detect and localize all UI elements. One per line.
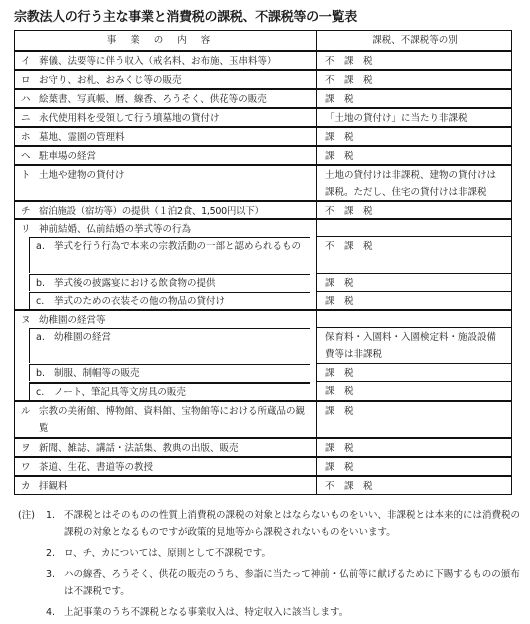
row-classification: 課 税 bbox=[317, 402, 511, 437]
row-classification: 課 税 bbox=[317, 439, 511, 456]
subrow-content: 挙式後の披露宴における飲食物の提供 bbox=[54, 275, 310, 291]
note-text: ハの線香、ろうそく、供花の販売のうち、参詣に当たって神前・仏前等に献げるために下… bbox=[64, 566, 528, 600]
notes-section: (注) 1. 不課税とはそのものの性質上消費税の課税の対象とはならないものをいい… bbox=[18, 507, 528, 621]
notes-label: (注) bbox=[18, 507, 46, 541]
row-mark: ヘ bbox=[21, 148, 39, 164]
row-classification: 課 税 bbox=[317, 458, 511, 475]
note-text: ロ、チ、カについては、原則として不課税です。 bbox=[64, 545, 528, 562]
table-row: ヲ新聞、雑誌、講話・法話集、教典の出版、販売 課 税 bbox=[15, 437, 511, 456]
row-mark: ハ bbox=[21, 91, 39, 107]
note-item: 3. ハの線香、ろうそく、供花の販売のうち、参詣に当たって神前・仏前等に献げるた… bbox=[18, 566, 528, 600]
row-classification: 土地の貸付けは非課税、建物の貸付けは課税。ただし、住宅の貸付けは非課税 bbox=[317, 166, 511, 200]
table-row: カ拝観料 不 課 税 bbox=[15, 475, 511, 494]
row-mark: ル bbox=[21, 403, 39, 437]
row-classification: 課 税 bbox=[317, 90, 511, 107]
subrow-classification: 課 税 bbox=[317, 273, 511, 291]
table-row-group-header: ヌ幼稚園の経営等 bbox=[15, 309, 511, 327]
row-mark: ヲ bbox=[21, 440, 39, 456]
subrow-mark: b. bbox=[36, 275, 54, 291]
row-content: 永代使用料を受領して行う墳墓地の貸付け bbox=[39, 110, 310, 126]
note-item: (注) 1. 不課税とはそのものの性質上消費税の課税の対象とはならないものをいい… bbox=[18, 507, 528, 541]
row-content: 駐車場の経営 bbox=[39, 148, 310, 164]
row-classification: 不 課 税 bbox=[317, 477, 511, 494]
row-classification: 不 課 税 bbox=[317, 52, 511, 69]
note-item: 4. 上記事業のうち不課税となる事業収入は、特定収入に該当します。 bbox=[18, 604, 528, 621]
row-mark: チ bbox=[21, 203, 39, 218]
table-row: ト土地や建物の貸付け 土地の貸付けは非課税、建物の貸付けは課税。ただし、住宅の貸… bbox=[15, 164, 511, 200]
table-row: ル宗教の美術館、博物館、資料館、宝物館等における所蔵品の観覧 課 税 bbox=[15, 400, 511, 437]
row-classification: 課 税 bbox=[317, 128, 511, 145]
subrow-mark: a. bbox=[36, 238, 54, 273]
subrow-content: 制服、制帽等の販売 bbox=[54, 365, 310, 381]
row-classification bbox=[317, 220, 511, 236]
row-content: 宗教の美術館、博物館、資料館、宝物館等における所蔵品の観覧 bbox=[39, 403, 310, 437]
subrow-content: ノート、筆記具等文房具の販売 bbox=[54, 384, 310, 400]
note-number: 3. bbox=[46, 566, 64, 600]
note-number: 1. bbox=[46, 507, 64, 541]
subrow-content: 挙式を行う行為で本来の宗教活動の一部と認められるもの bbox=[54, 238, 310, 273]
subrow-classification: 保育料・入園料・入園検定料・施設設備費等は非課税 bbox=[317, 327, 511, 363]
tax-classification-table: 事業の内容 課税、不課税等の別 イ葬儀、法要等に伴う収入（戒名料、お布施、玉串料… bbox=[14, 30, 512, 495]
table-subrow: c.挙式のための衣装その他の物品の貸付け 課 税 bbox=[15, 291, 511, 309]
table-subrow: c.ノート、筆記具等文房具の販売 課 税 bbox=[15, 381, 511, 400]
row-classification: 「土地の貸付け」に当たり非課税 bbox=[317, 109, 511, 126]
table-row: イ葬儀、法要等に伴う収入（戒名料、お布施、玉串料等） 不 課 税 bbox=[15, 50, 511, 69]
row-mark: イ bbox=[21, 53, 39, 69]
table-row: ワ茶道、生花、書道等の教授 課 税 bbox=[15, 456, 511, 475]
subrow-mark: c. bbox=[36, 293, 54, 309]
row-mark: ニ bbox=[21, 110, 39, 126]
header-content: 事業の内容 bbox=[15, 31, 317, 50]
subrow-mark: c. bbox=[36, 384, 54, 400]
row-classification: 課 税 bbox=[317, 147, 511, 164]
subrow-classification: 課 税 bbox=[317, 381, 511, 400]
subrow-mark: a. bbox=[36, 329, 54, 363]
row-mark: ホ bbox=[21, 129, 39, 145]
row-mark: ワ bbox=[21, 459, 39, 475]
row-mark: ロ bbox=[21, 72, 39, 88]
table-subrow: a.挙式を行う行為で本来の宗教活動の一部と認められるもの 不 課 税 bbox=[15, 236, 511, 273]
row-content: 幼稚園の経営等 bbox=[39, 312, 310, 327]
row-content: 葬儀、法要等に伴う収入（戒名料、お布施、玉串料等） bbox=[39, 53, 310, 69]
subrow-classification: 不 課 税 bbox=[317, 236, 511, 273]
subrow-content: 幼稚園の経営 bbox=[54, 329, 310, 363]
note-item: 2. ロ、チ、カについては、原則として不課税です。 bbox=[18, 545, 528, 562]
subrow-mark: b. bbox=[36, 365, 54, 381]
row-content: 新聞、雑誌、講話・法話集、教典の出版、販売 bbox=[39, 440, 310, 456]
row-content: 絵葉書、写真帳、暦、線香、ろうそく、供花等の販売 bbox=[39, 91, 310, 107]
subrow-content: 挙式のための衣装その他の物品の貸付け bbox=[54, 293, 310, 309]
table-row: ヘ駐車場の経営 課 税 bbox=[15, 145, 511, 164]
row-classification bbox=[317, 311, 511, 327]
page-title: 宗教法人の行う主な事業と消費税の課税、不課税等の一覧表 bbox=[14, 6, 357, 25]
row-mark: リ bbox=[21, 221, 39, 236]
table-subrow: b.制服、制帽等の販売 課 税 bbox=[15, 363, 511, 381]
table-header-row: 事業の内容 課税、不課税等の別 bbox=[15, 31, 511, 50]
note-number: 2. bbox=[46, 545, 64, 562]
row-content: 茶道、生花、書道等の教授 bbox=[39, 459, 310, 475]
note-text: 不課税とはそのものの性質上消費税の課税の対象とはならないものをいい、非課税とは本… bbox=[64, 507, 528, 541]
table-row: ハ絵葉書、写真帳、暦、線香、ろうそく、供花等の販売 課 税 bbox=[15, 88, 511, 107]
row-mark: ヌ bbox=[21, 312, 39, 327]
row-mark: ト bbox=[21, 167, 39, 200]
table-subrow: b.挙式後の披露宴における飲食物の提供 課 税 bbox=[15, 273, 511, 291]
header-classification: 課税、不課税等の別 bbox=[317, 31, 511, 50]
subrow-classification: 課 税 bbox=[317, 291, 511, 309]
row-content: 土地や建物の貸付け bbox=[39, 167, 310, 200]
row-classification: 不 課 税 bbox=[317, 202, 511, 218]
table-row: ニ永代使用料を受領して行う墳墓地の貸付け 「土地の貸付け」に当たり非課税 bbox=[15, 107, 511, 126]
note-text: 上記事業のうち不課税となる事業収入は、特定収入に該当します。 bbox=[64, 604, 528, 621]
table-row: ホ墓地、霊園の管理料 課 税 bbox=[15, 126, 511, 145]
row-content: 墓地、霊園の管理料 bbox=[39, 129, 310, 145]
row-mark: カ bbox=[21, 478, 39, 494]
table-subrow: a.幼稚園の経営 保育料・入園料・入園検定料・施設設備費等は非課税 bbox=[15, 327, 511, 363]
row-content: 神前結婚、仏前結婚の挙式等の行為 bbox=[39, 221, 310, 236]
row-content: 宿泊施設（宿坊等）の提供（１泊2食、1,500円以下） bbox=[39, 203, 310, 218]
table-row: チ宿泊施設（宿坊等）の提供（１泊2食、1,500円以下） 不 課 税 bbox=[15, 200, 511, 218]
subrow-classification: 課 税 bbox=[317, 363, 511, 381]
row-content: お守り、お札、おみくじ等の販売 bbox=[39, 72, 310, 88]
row-classification: 不 課 税 bbox=[317, 71, 511, 88]
table-row: ロお守り、お札、おみくじ等の販売 不 課 税 bbox=[15, 69, 511, 88]
table-row-group-header: リ神前結婚、仏前結婚の挙式等の行為 bbox=[15, 218, 511, 236]
note-number: 4. bbox=[46, 604, 64, 621]
row-content: 拝観料 bbox=[39, 478, 310, 494]
